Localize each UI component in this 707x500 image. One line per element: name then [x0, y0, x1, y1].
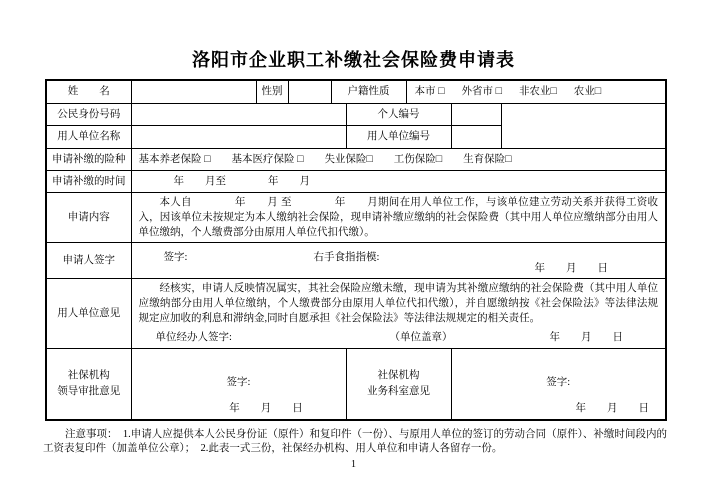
applicant-signature-cell: 签字: 右手食指指模: 年 月 日: [131, 242, 666, 278]
employer-opinion-label: 用人单位意见: [46, 278, 131, 348]
employer-number-label: 用人单位编号: [346, 125, 451, 148]
agency-dept-sign-field[interactable]: 签字:: [454, 375, 664, 390]
insurance-types-label: 申请补缴的险种: [46, 148, 131, 170]
application-content-text: 本人自 年 月 至 年 月期间在用人单位工作，与该单位建立劳动关系并获得工资收入…: [134, 193, 664, 240]
agency-dept-opinion-label: 社保机构 业务科室意见: [346, 348, 451, 420]
agency-dept-label-line1: 社保机构: [348, 368, 450, 384]
employer-name-label: 用人单位名称: [46, 125, 131, 148]
insurance-option-injury-checkbox[interactable]: 工伤保险□: [394, 152, 442, 167]
insurance-options-cell: 基本养老保险 □ 基本医疗保险 □ 失业保险□ 工伤保险□ 生育保险□: [131, 148, 666, 170]
row-employer-opinion: 用人单位意见 经核实，申请人反映情况属实，其社会保险应缴未缴，现申请为其补缴应缴…: [46, 278, 666, 348]
period-label: 申请补缴的时间: [46, 170, 131, 192]
insurance-option-maternity-checkbox[interactable]: 生育保险□: [463, 152, 511, 167]
period-input-cell[interactable]: 年 月至 年 月: [131, 170, 666, 192]
employer-seal-field[interactable]: （单位盖章）: [390, 330, 453, 345]
personal-number-input-cell[interactable]: [451, 103, 501, 125]
notes-text: 注意事项： 1.申请人应提供本人公民身份证（原件）和复印件（一份）、与原用人单位…: [43, 428, 667, 456]
row-employer: 用人单位名称 用人单位编号: [46, 125, 666, 148]
applicant-date-field[interactable]: 年 月 日: [535, 261, 609, 276]
row-applicant-signature: 申请人签字 签字: 右手食指指模: 年 月 日: [46, 242, 666, 278]
household-label: 户籍性质: [331, 80, 406, 103]
citizen-id-label: 公民身份号码: [46, 103, 131, 125]
row-application-content: 申请内容 本人自 年 月 至 年 月期间在用人单位工作，与该单位建立劳动关系并获…: [46, 192, 666, 242]
household-option-agricultural-checkbox[interactable]: 农业□: [574, 84, 601, 99]
page-number: 1: [0, 459, 707, 470]
agency-dept-date-field[interactable]: 年 月 日: [576, 401, 650, 416]
row-insurance-types: 申请补缴的险种 基本养老保险 □ 基本医疗保险 □ 失业保险□ 工伤保险□ 生育…: [46, 148, 666, 170]
page-title: 洛阳市企业职工补缴社会保险费申请表: [0, 0, 707, 79]
gender-label: 性别: [256, 80, 288, 103]
agency-dept-signature-cell: 签字: 年 月 日: [451, 348, 666, 420]
applicant-sign-field[interactable]: 签字:: [164, 250, 188, 265]
applicant-signature-label: 申请人签字: [46, 242, 131, 278]
agency-leader-sign-field[interactable]: 签字:: [134, 375, 344, 390]
applicant-fingerprint-field[interactable]: 右手食指指模:: [314, 250, 380, 265]
application-content-cell: 本人自 年 月 至 年 月期间在用人单位工作，与该单位建立劳动关系并获得工资收入…: [131, 192, 666, 242]
household-option-local-checkbox[interactable]: 本市 □: [415, 84, 445, 99]
employer-opinion-text: 经核实，申请人反映情况属实，其社会保险应缴未缴，现申请为其补缴应缴纳的社会保险费…: [134, 279, 664, 326]
citizen-id-input-cell[interactable]: [131, 103, 346, 125]
agency-leader-label-line2: 领导审批意见: [48, 384, 130, 400]
employer-opinion-cell: 经核实，申请人反映情况属实，其社会保险应缴未缴，现申请为其补缴应缴纳的社会保险费…: [131, 278, 666, 348]
name-label: 姓 名: [46, 80, 131, 103]
employer-number-input-cell[interactable]: [451, 125, 501, 148]
household-option-nonagricultural-checkbox[interactable]: 非农业□: [519, 84, 557, 99]
agency-dept-label-line2: 业务科室意见: [348, 384, 450, 400]
insurance-option-pension-checkbox[interactable]: 基本养老保险 □: [139, 152, 211, 167]
employer-opinion-date-field[interactable]: 年 月 日: [550, 330, 624, 345]
personal-number-label: 个人编号: [346, 103, 451, 125]
name-input-cell[interactable]: [131, 80, 256, 103]
insurance-option-unemployment-checkbox[interactable]: 失业保险□: [324, 152, 372, 167]
household-options-cell: 本市 □ 外省市 □ 非农业□ 农业□: [406, 80, 666, 103]
insurance-option-medical-checkbox[interactable]: 基本医疗保险 □: [231, 152, 303, 167]
household-option-other-province-checkbox[interactable]: 外省市 □: [461, 84, 501, 99]
employer-name-input-cell[interactable]: [131, 125, 346, 148]
agency-leader-signature-cell: 签字: 年 月 日: [131, 348, 346, 420]
row-id-number: 公民身份号码 个人编号: [46, 103, 666, 125]
row-period: 申请补缴的时间 年 月至 年 月: [46, 170, 666, 192]
application-content-label: 申请内容: [46, 192, 131, 242]
row-name-gender-household: 姓 名 性别 户籍性质 本市 □ 外省市 □ 非农业□ 农业□: [46, 80, 666, 103]
agency-leader-opinion-label: 社保机构 领导审批意见: [46, 348, 131, 420]
gender-input-cell[interactable]: [288, 80, 331, 103]
employer-agent-sign-field[interactable]: 单位经办人签字:: [156, 330, 232, 345]
agency-leader-date-field[interactable]: 年 月 日: [134, 401, 344, 416]
row-agency-approval: 社保机构 领导审批意见 签字: 年 月 日 社保机构 业务科室意见 签字: 年 …: [46, 348, 666, 420]
application-form-table: 姓 名 性别 户籍性质 本市 □ 外省市 □ 非农业□ 农业□ 公民身份号码 个…: [45, 79, 667, 421]
agency-leader-label-line1: 社保机构: [48, 368, 130, 384]
